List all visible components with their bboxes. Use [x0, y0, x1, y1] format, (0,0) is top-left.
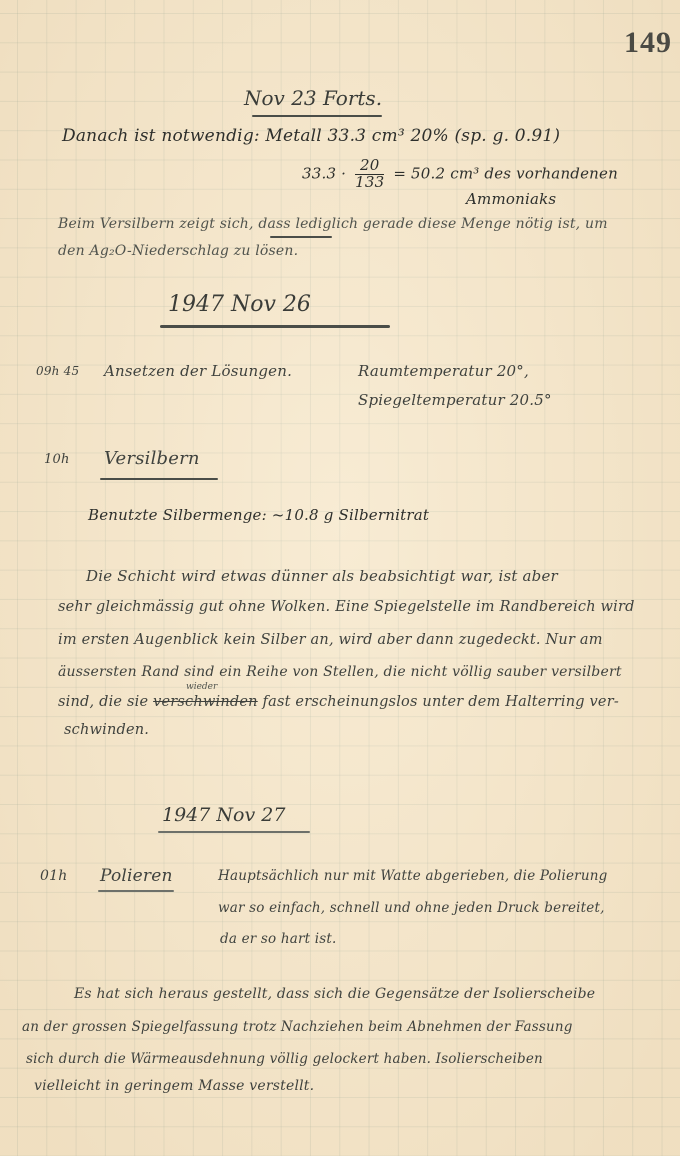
nov27-note-line-2: war so einfach, schnell und ohne jeden D… — [218, 900, 605, 916]
subheading-polieren-underline — [98, 890, 174, 892]
inserted-word: wieder — [186, 682, 217, 692]
calc-right: = 50.2 cm³ des vorhandenen — [393, 164, 618, 182]
nov27-para-line-1: Es hat sich heraus gestellt, dass sich d… — [74, 986, 595, 1002]
nov26-para-line-1: Die Schicht wird etwas dünner als beabsi… — [86, 567, 558, 585]
entry-date-nov26-underline — [160, 325, 390, 328]
calc-fraction: 20 133 — [355, 158, 384, 191]
subheading-versilbern-underline — [100, 478, 218, 480]
continuation-heading: Nov 23 Forts. — [244, 86, 382, 110]
entry-date-nov27-underline — [158, 831, 310, 833]
fraction-denominator: 133 — [355, 175, 384, 191]
nov26-para-line-2: sehr gleichmässig gut ohne Wolken. Eine … — [58, 599, 635, 615]
subheading-versilbern: Versilbern — [104, 448, 200, 469]
continuation-para-line-1: Beim Versilbern zeigt sich, dass ledigli… — [58, 216, 608, 232]
nov27-note-line-1: Hauptsächlich nur mit Watte abgerieben, … — [218, 868, 607, 884]
calc-left: 33.3 · — [302, 164, 346, 182]
struck-word: verschwinden — [153, 694, 258, 710]
nov26-para-line-5: sind, die sie verschwinden fast erschein… — [58, 694, 619, 710]
nov26-para-line-6: schwinden. — [64, 722, 149, 738]
time-10h: 10h — [44, 452, 70, 467]
note-ansetzen: Ansetzen der Lösungen. — [104, 362, 292, 380]
nov26-para-line-3: im ersten Augenblick kein Silber an, wir… — [58, 632, 603, 648]
nov27-para-line-3: sich durch die Wärmeausdehnung völlig ge… — [26, 1051, 543, 1067]
nov27-para-line-4: vielleicht in geringem Masse verstellt. — [34, 1078, 314, 1094]
page-number: 149 — [624, 26, 672, 60]
nov26-para-line-4: äussersten Rand sind ein Reihe von Stell… — [58, 664, 622, 680]
entry-date-nov26: 1947 Nov 26 — [168, 292, 311, 317]
continuation-para-line-2: den Ag₂O-Niederschlag zu lösen. — [58, 243, 298, 259]
calc-line-2: 33.3 · 20 133 = 50.2 cm³ des vorhandenen — [302, 158, 618, 191]
subheading-polieren: Polieren — [100, 866, 173, 886]
time-0945: 09h 45 — [36, 364, 79, 378]
nov27-note-line-3: da er so hart ist. — [220, 931, 337, 947]
calc-continuation: Ammoniaks — [466, 190, 556, 208]
time-01h: 01h — [40, 868, 67, 884]
line5-start: sind, die sie — [58, 694, 148, 710]
continuation-heading-underline — [252, 115, 382, 117]
entry-date-nov27: 1947 Nov 27 — [162, 804, 285, 826]
nov27-para-line-2: an der grossen Spiegelfassung trotz Nach… — [22, 1019, 573, 1035]
mirror-temperature: Spiegeltemperatur 20.5° — [358, 391, 552, 409]
emphasis-underline — [270, 236, 332, 238]
silver-amount: Benutzte Silbermenge: ~10.8 g Silbernitr… — [88, 506, 429, 524]
calc-line-1: Danach ist notwendig: Metall 33.3 cm³ 20… — [62, 126, 560, 146]
line5-end: fast erscheinungslos unter dem Halterrin… — [263, 694, 619, 710]
notebook-page: 149 Nov 23 Forts. Danach ist notwendig: … — [0, 0, 680, 1156]
room-temperature: Raumtemperatur 20°, — [358, 362, 529, 380]
